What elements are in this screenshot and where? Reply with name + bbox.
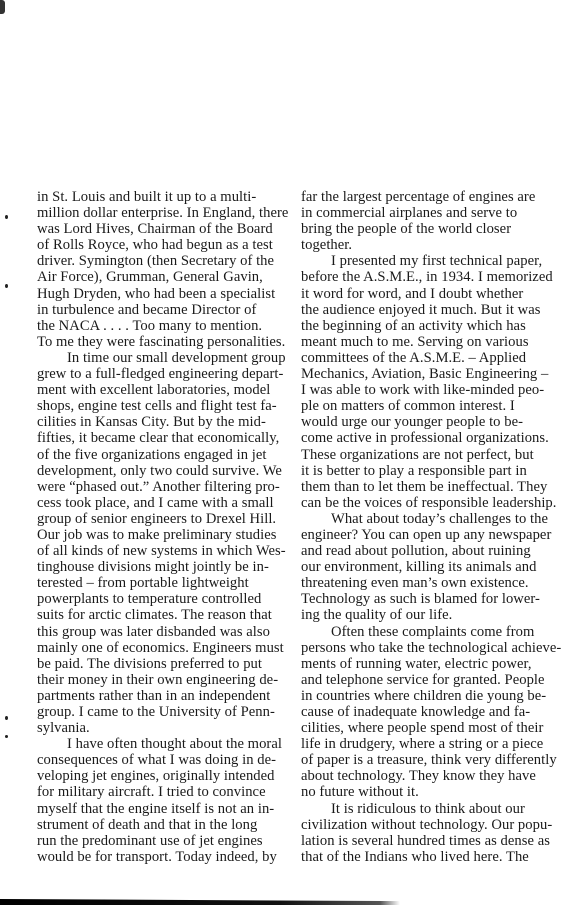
text-line: Air Force), Grumman, General Gavin, <box>37 269 297 285</box>
text-line: partments rather than in an independent <box>37 688 297 704</box>
text-line: mainly one of economics. Engineers must <box>37 640 297 656</box>
text-line: powerplants to temperature controlled <box>37 591 297 607</box>
scan-artifact-dot <box>5 284 8 288</box>
text-line: In time our small development group <box>37 350 297 366</box>
page-bottom-edge <box>0 899 400 905</box>
text-line: development, only two could survive. We <box>37 463 297 479</box>
text-line: persons who take the technological achie… <box>301 640 581 656</box>
text-line: consequences of what I was doing in de- <box>37 752 297 768</box>
text-line: I presented my first technical paper, <box>301 253 581 269</box>
text-line: of paper is a treasure, think very diffe… <box>301 752 581 768</box>
text-line: and telephone service for granted. Peopl… <box>301 672 581 688</box>
text-line: What about today’s challenges to the <box>301 511 581 527</box>
text-line: Technology as such is blamed for lower- <box>301 591 581 607</box>
scan-artifact-dot <box>5 716 8 720</box>
text-line: come active in professional organization… <box>301 430 581 446</box>
text-line: shops, engine test cells and flight test… <box>37 398 297 414</box>
text-line: the audience enjoyed it much. But it was <box>301 302 581 318</box>
text-line: It is ridiculous to think about our <box>301 801 581 817</box>
text-line: in St. Louis and built it up to a multi- <box>37 189 297 205</box>
text-line: cilities in Kansas City. But by the mid- <box>37 414 297 430</box>
text-line: of the five organizations engaged in jet <box>37 447 297 463</box>
text-line: it word for word, and I doubt whether <box>301 286 581 302</box>
text-line: this group was later disbanded was also <box>37 624 297 640</box>
text-line: strument of death and that in the long <box>37 817 297 833</box>
scan-artifact-dot <box>5 735 8 738</box>
text-line: veloping jet engines, originally intende… <box>37 768 297 784</box>
text-line: These organizations are not perfect, but <box>301 447 581 463</box>
text-line: of all kinds of new systems in which Wes… <box>37 543 297 559</box>
text-line: ing the quality of our life. <box>301 607 581 623</box>
text-line: group of senior engineers to Drexel Hill… <box>37 511 297 527</box>
text-line: were “phased out.” Another filtering pro… <box>37 479 297 495</box>
scan-artifact-dot <box>5 215 8 219</box>
text-line: fifties, it became clear that economical… <box>37 430 297 446</box>
text-line: engineer? You can open up any newspaper <box>301 527 581 543</box>
text-line: cess took place, and I came with a small <box>37 495 297 511</box>
text-line: driver. Symington (then Secretary of the <box>37 253 297 269</box>
text-line: life in drudgery, where a string or a pi… <box>301 736 581 752</box>
text-line: tinghouse divisions might jointly be in- <box>37 559 297 575</box>
text-line: ple on matters of common interest. I <box>301 398 581 414</box>
text-line: civilization without technology. Our pop… <box>301 817 581 833</box>
text-line: terested – from portable lightweight <box>37 575 297 591</box>
text-line: in commercial airplanes and serve to <box>301 205 581 221</box>
text-line: that of the Indians who lived here. The <box>301 849 581 865</box>
text-line: in countries where children die young be… <box>301 688 581 704</box>
text-line: it is better to play a responsible part … <box>301 463 581 479</box>
text-line: Mechanics, Aviation, Basic Engineering – <box>301 366 581 382</box>
text-line: ment with excellent laboratories, model <box>37 382 297 398</box>
text-line: would urge our younger people to be- <box>301 414 581 430</box>
text-line: grew to a full-fledged engineering depar… <box>37 366 297 382</box>
text-line: bring the people of the world closer <box>301 221 581 237</box>
text-line: in turbulence and became Director of <box>37 302 297 318</box>
text-line: far the largest percentage of engines ar… <box>301 189 581 205</box>
text-line: ments of running water, electric power, <box>301 656 581 672</box>
text-line: million dollar enterprise. In England, t… <box>37 205 297 221</box>
text-line: Hugh Dryden, who had been a specialist <box>37 286 297 302</box>
text-line: of Rolls Royce, who had begun as a test <box>37 237 297 253</box>
scanned-page: in St. Louis and built it up to a multi-… <box>0 0 584 905</box>
scan-artifact-corner <box>0 0 5 14</box>
text-line: can be the voices of responsible leaders… <box>301 495 581 511</box>
text-line: I have often thought about the moral <box>37 736 297 752</box>
text-line: for military aircraft. I tried to convin… <box>37 784 297 800</box>
text-line: run the predominant use of jet engines <box>37 833 297 849</box>
text-line: the beginning of an activity which has <box>301 318 581 334</box>
text-line: cause of inadequate knowledge and fa- <box>301 704 581 720</box>
text-line: be paid. The divisions preferred to put <box>37 656 297 672</box>
text-line: I was able to work with like-minded peo- <box>301 382 581 398</box>
text-line: together. <box>301 237 581 253</box>
text-line: Often these complaints come from <box>301 624 581 640</box>
text-line: lation is several hundred times as dense… <box>301 833 581 849</box>
text-line: threatening even man’s own existence. <box>301 575 581 591</box>
text-line: about technology. They know they have <box>301 768 581 784</box>
text-line: our environment, killing its animals and <box>301 559 581 575</box>
text-line: Our job was to make preliminary studies <box>37 527 297 543</box>
text-line: myself that the engine itself is not an … <box>37 801 297 817</box>
text-line: cilities, where people spend most of the… <box>301 720 581 736</box>
right-column: far the largest percentage of engines ar… <box>301 189 581 865</box>
text-line: and read about pollution, about ruining <box>301 543 581 559</box>
text-line: committees of the A.S.M.E. – Applied <box>301 350 581 366</box>
text-line: meant much to me. Serving on various <box>301 334 581 350</box>
text-line: group. I came to the University of Penn- <box>37 704 297 720</box>
text-line: was Lord Hives, Chairman of the Board <box>37 221 297 237</box>
text-line: before the A.S.M.E., in 1934. I memorize… <box>301 269 581 285</box>
text-line: their money in their own engineering de- <box>37 672 297 688</box>
text-line: them than to let them be ineffectual. Th… <box>301 479 581 495</box>
text-line: sylvania. <box>37 720 297 736</box>
text-line: the NACA . . . . Too many to mention. <box>37 318 297 334</box>
text-line: no future without it. <box>301 784 581 800</box>
text-line: To me they were fascinating personalitie… <box>37 334 297 350</box>
text-line: would be for transport. Today indeed, by <box>37 849 297 865</box>
text-line: suits for arctic climates. The reason th… <box>37 607 297 623</box>
left-column: in St. Louis and built it up to a multi-… <box>37 189 297 865</box>
